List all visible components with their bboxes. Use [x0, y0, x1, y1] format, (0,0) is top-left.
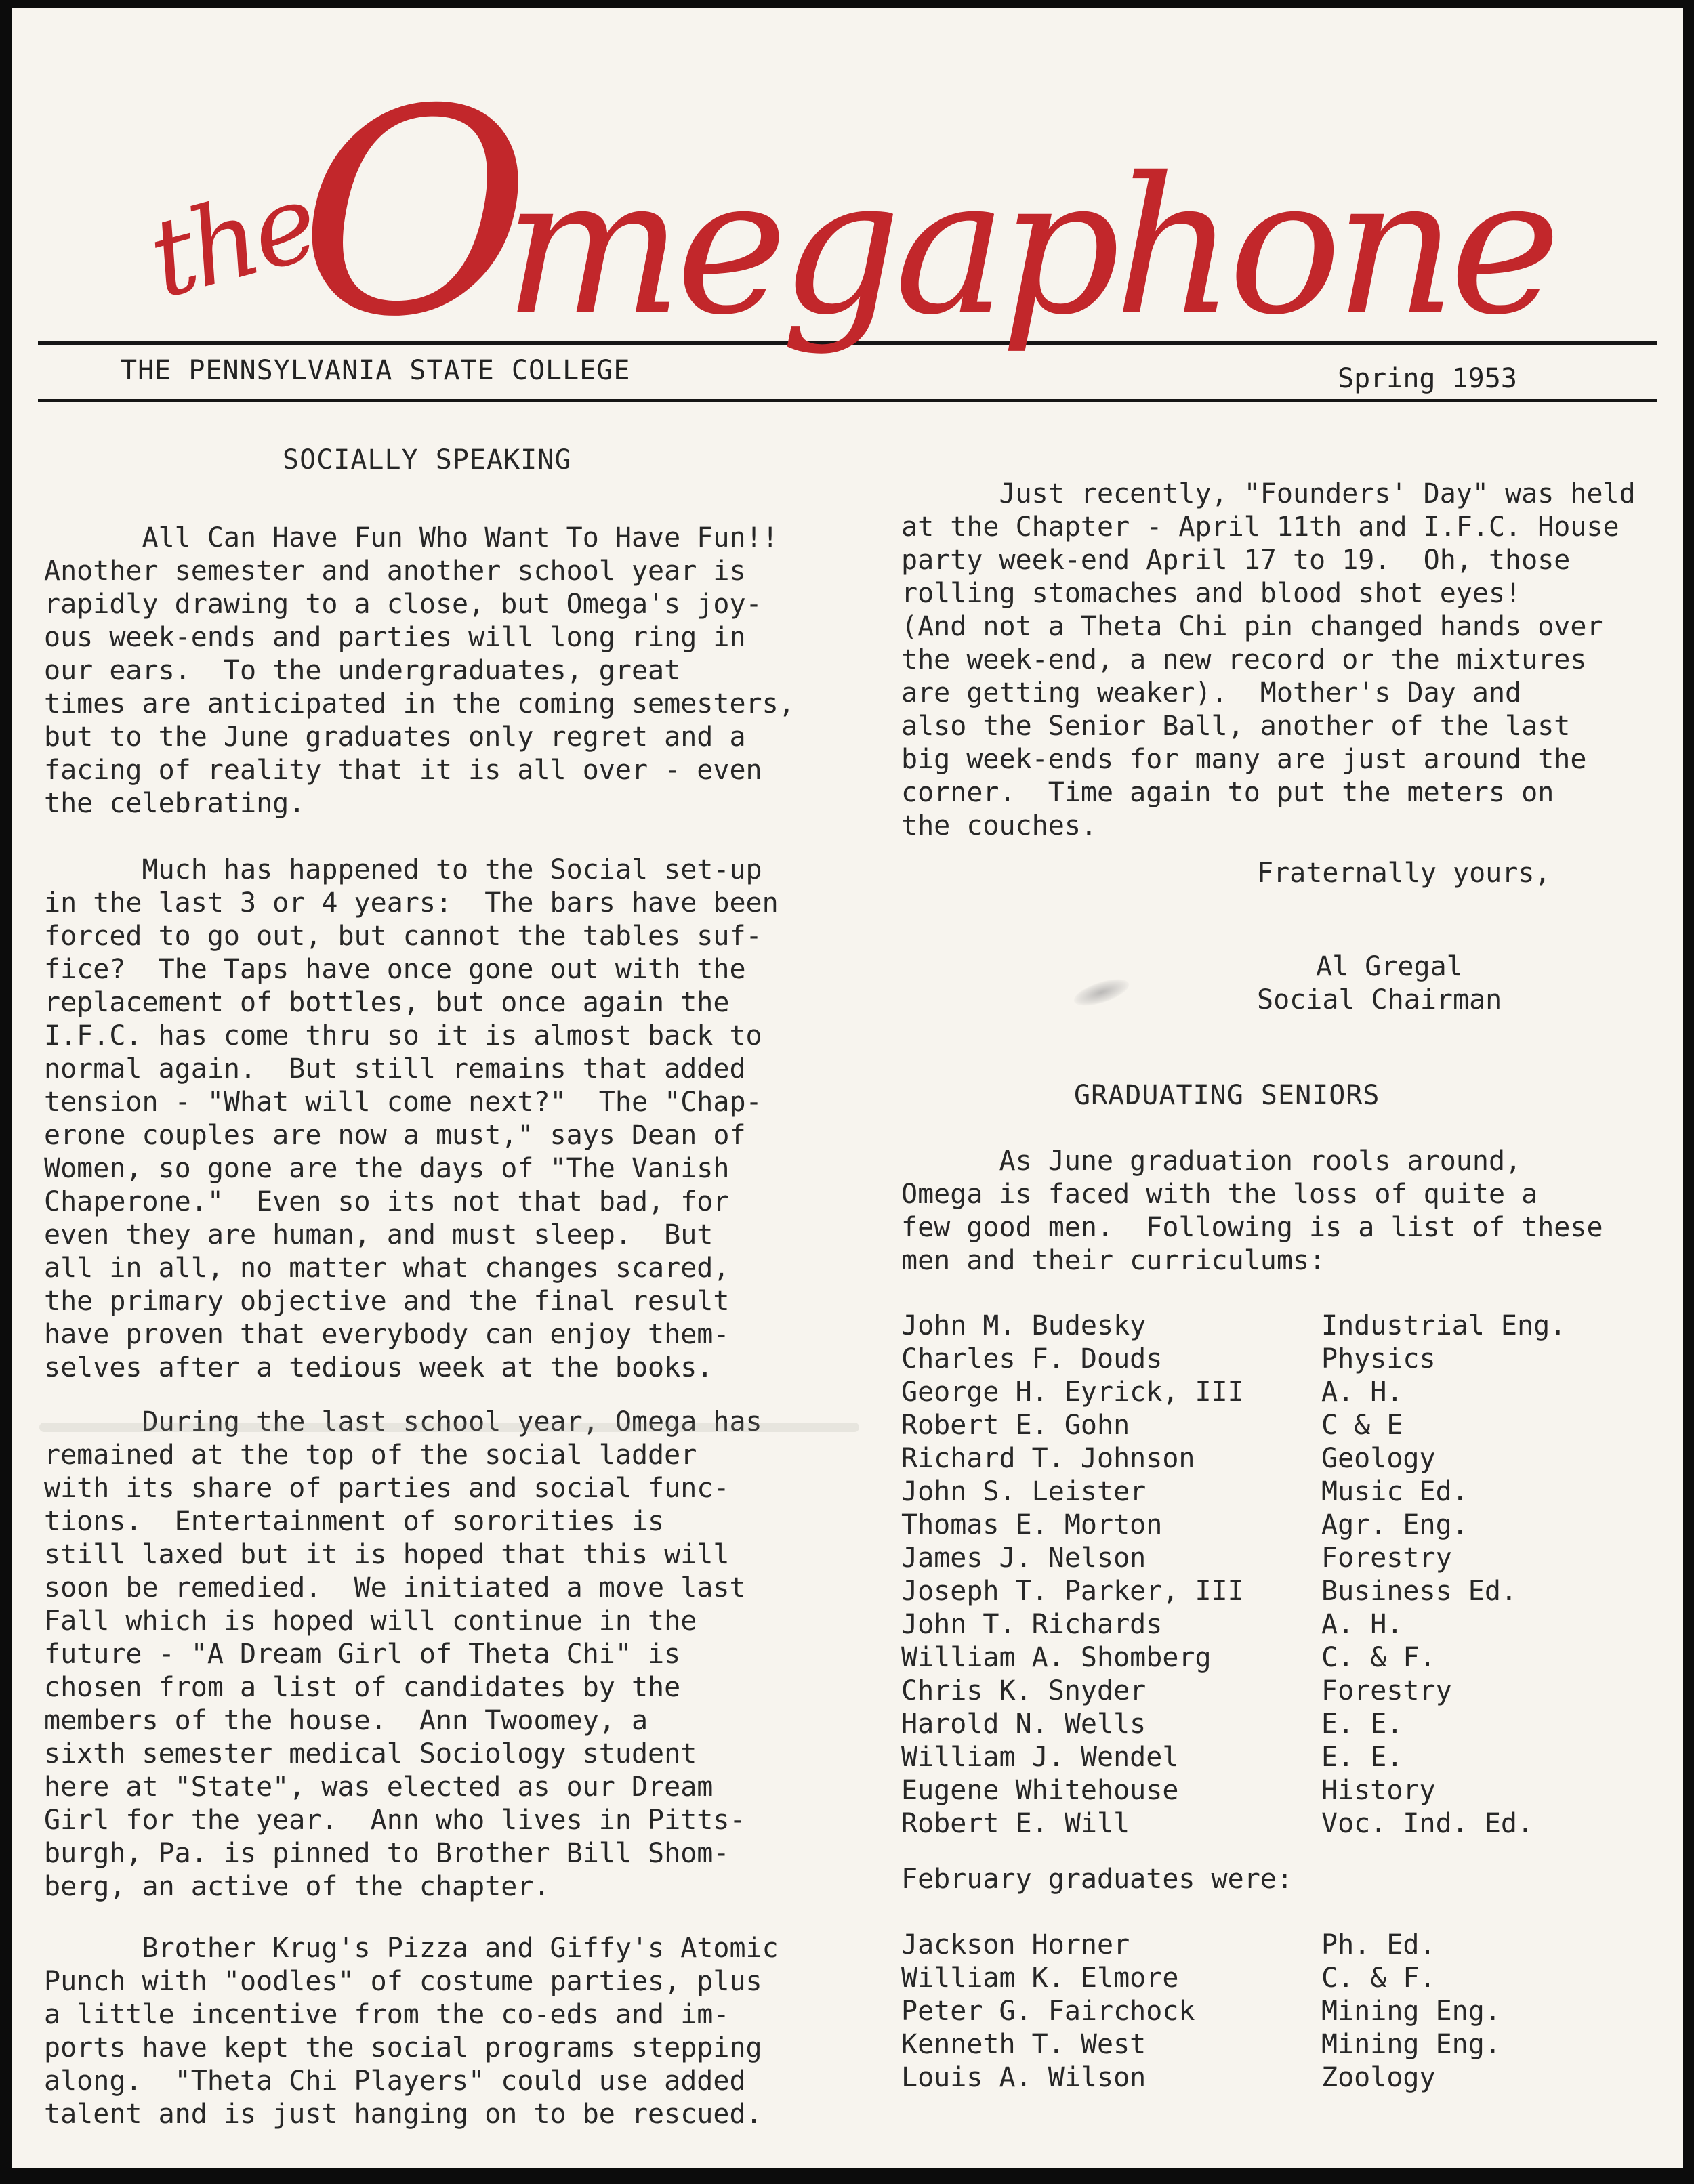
- graduate-name: John S. Leister: [901, 1475, 1321, 1509]
- graduate-row: William K. Elmore C. & F.: [901, 1962, 1680, 1995]
- graduate-row: James J. Nelson Forestry: [901, 1542, 1680, 1575]
- graduate-name: Kenneth T. West: [901, 2028, 1321, 2061]
- graduate-row: Peter G. Fairchock Mining Eng.: [901, 1995, 1680, 2028]
- graduate-major: Business Ed.: [1321, 1575, 1680, 1608]
- graduate-major: Forestry: [1321, 1542, 1680, 1575]
- masthead-title-rest: megaphone: [504, 137, 1554, 356]
- graduate-row: Thomas E. Morton Agr. Eng.: [901, 1509, 1680, 1542]
- right-column: Just recently, "Founders' Day" was held …: [901, 478, 1680, 2095]
- graduate-row: John M. Budesky Industrial Eng.: [901, 1309, 1680, 1343]
- graduate-name: John T. Richards: [901, 1608, 1321, 1641]
- graduate-name: Robert E. Gohn: [901, 1409, 1321, 1442]
- signature-name: Al Gregal: [901, 950, 1680, 984]
- graduate-name: Robert E. Will: [901, 1807, 1321, 1841]
- graduate-major: E. E.: [1321, 1708, 1680, 1741]
- letter-closing: Fraternally yours,: [901, 857, 1680, 890]
- graduate-major: Agr. Eng.: [1321, 1509, 1680, 1542]
- issue-date: Spring 1953: [1338, 363, 1517, 394]
- graduate-major: Geology: [1321, 1442, 1680, 1475]
- graduate-row: Joseph T. Parker, III Business Ed.: [901, 1575, 1680, 1608]
- graduate-row: Harold N. Wells E. E.: [901, 1708, 1680, 1741]
- scan-streak: [39, 1423, 859, 1432]
- graduate-name: Harold N. Wells: [901, 1708, 1321, 1741]
- graduate-name: Joseph T. Parker, III: [901, 1575, 1321, 1608]
- graduate-major: A. H.: [1321, 1376, 1680, 1409]
- newsletter-page: the O megaphone THE PENNSYLVANIA STATE C…: [0, 0, 1694, 2184]
- paragraph: Just recently, "Founders' Day" was held …: [901, 478, 1680, 843]
- graduate-major: Physics: [1321, 1343, 1680, 1376]
- graduate-name: Louis A. Wilson: [901, 2061, 1321, 2095]
- header-rule-bottom: [38, 399, 1657, 402]
- masthead-prefix: the: [138, 160, 327, 322]
- graduate-major: Forestry: [1321, 1675, 1680, 1708]
- graduate-name: Thomas E. Morton: [901, 1509, 1321, 1542]
- graduates-list: John M. Budesky Industrial Eng. Charles …: [901, 1309, 1680, 1841]
- graduate-name: Jackson Horner: [901, 1929, 1321, 1962]
- graduate-row: Jackson Horner Ph. Ed.: [901, 1929, 1680, 1962]
- graduate-name: Chris K. Snyder: [901, 1675, 1321, 1708]
- graduate-major: E. E.: [1321, 1741, 1680, 1774]
- graduate-name: Eugene Whitehouse: [901, 1774, 1321, 1807]
- graduate-major: Mining Eng.: [1321, 1995, 1680, 2028]
- graduate-row: John T. Richards A. H.: [901, 1608, 1680, 1641]
- graduate-name: George H. Eyrick, III: [901, 1376, 1321, 1409]
- paragraph: During the last school year, Omega has r…: [44, 1406, 857, 1904]
- graduate-row: Richard T. Johnson Geology: [901, 1442, 1680, 1475]
- graduate-major: Voc. Ind. Ed.: [1321, 1807, 1680, 1841]
- section-heading-graduating-seniors: GRADUATING SENIORS: [901, 1079, 1680, 1112]
- graduate-major: A. H.: [1321, 1608, 1680, 1641]
- graduate-row: George H. Eyrick, III A. H.: [901, 1376, 1680, 1409]
- graduate-name: James J. Nelson: [901, 1542, 1321, 1575]
- signature-title: Social Chairman: [901, 984, 1680, 1017]
- graduate-name: Richard T. Johnson: [901, 1442, 1321, 1475]
- publisher-name: THE PENNSYLVANIA STATE COLLEGE: [121, 355, 630, 386]
- left-column: SOCIALLY SPEAKING All Can Have Fun Who W…: [44, 444, 857, 2131]
- graduate-major: Mining Eng.: [1321, 2028, 1680, 2061]
- graduate-major: C. & F.: [1321, 1641, 1680, 1675]
- masthead-title-initial: O: [299, 49, 522, 379]
- graduate-row: Charles F. Douds Physics: [901, 1343, 1680, 1376]
- graduate-major: C. & F.: [1321, 1962, 1680, 1995]
- graduate-name: William A. Shomberg: [901, 1641, 1321, 1675]
- graduate-row: Chris K. Snyder Forestry: [901, 1675, 1680, 1708]
- graduate-major: C & E: [1321, 1409, 1680, 1442]
- paragraph: All Can Have Fun Who Want To Have Fun!! …: [44, 522, 857, 820]
- graduate-row: Eugene Whitehouse History: [901, 1774, 1680, 1807]
- graduate-major: Music Ed.: [1321, 1475, 1680, 1509]
- graduate-name: William K. Elmore: [901, 1962, 1321, 1995]
- header-rule-top: [38, 341, 1657, 345]
- february-graduates-heading: February graduates were:: [901, 1863, 1680, 1896]
- graduate-name: John M. Budesky: [901, 1309, 1321, 1343]
- graduate-major: Industrial Eng.: [1321, 1309, 1680, 1343]
- paragraph: Brother Krug's Pizza and Giffy's Atomic …: [44, 1932, 857, 2131]
- graduate-row: Robert E. Will Voc. Ind. Ed.: [901, 1807, 1680, 1841]
- graduate-name: Peter G. Fairchock: [901, 1995, 1321, 2028]
- graduate-row: John S. Leister Music Ed.: [901, 1475, 1680, 1509]
- graduate-row: William J. Wendel E. E.: [901, 1741, 1680, 1774]
- graduate-row: Robert E. Gohn C & E: [901, 1409, 1680, 1442]
- graduate-major: Zoology: [1321, 2061, 1680, 2095]
- paragraph: Much has happened to the Social set-up i…: [44, 854, 857, 1385]
- section-heading-socially-speaking: SOCIALLY SPEAKING: [44, 444, 857, 477]
- february-graduates-list: Jackson Horner Ph. Ed. William K. Elmore…: [901, 1929, 1680, 2095]
- graduate-name: Charles F. Douds: [901, 1343, 1321, 1376]
- paragraph: As June graduation rools around, Omega i…: [901, 1145, 1680, 1278]
- graduate-row: Louis A. Wilson Zoology: [901, 2061, 1680, 2095]
- graduate-major: Ph. Ed.: [1321, 1929, 1680, 1962]
- graduate-major: History: [1321, 1774, 1680, 1807]
- graduate-row: Kenneth T. West Mining Eng.: [901, 2028, 1680, 2061]
- graduate-row: William A. Shomberg C. & F.: [901, 1641, 1680, 1675]
- graduate-name: William J. Wendel: [901, 1741, 1321, 1774]
